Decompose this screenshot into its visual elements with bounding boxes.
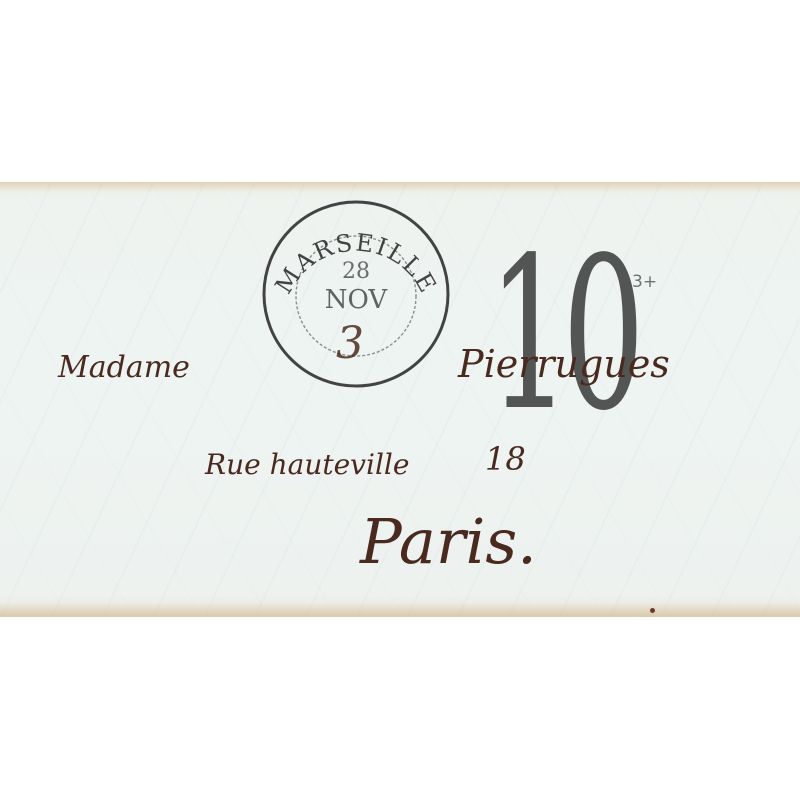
address-street: Rue hauteville xyxy=(205,448,409,481)
paper-bottom-edge xyxy=(0,603,800,617)
postmark-month: NOV xyxy=(325,285,389,315)
marseille-postmark: MARSEILLE 28 NOV 3 xyxy=(258,196,454,392)
manuscript-mark: 3 xyxy=(336,318,364,369)
ink-spot xyxy=(650,608,655,613)
address-number: 18 xyxy=(485,440,526,478)
address-city: Paris. xyxy=(360,505,537,578)
pencil-note: 3+ xyxy=(632,272,657,292)
address-name: Pierrugues xyxy=(458,342,670,386)
paper-top-edge xyxy=(0,182,800,192)
tax-mark: 10 xyxy=(488,230,636,440)
address-salutation: Madame xyxy=(58,350,190,385)
postmark-day: 28 xyxy=(342,259,370,284)
